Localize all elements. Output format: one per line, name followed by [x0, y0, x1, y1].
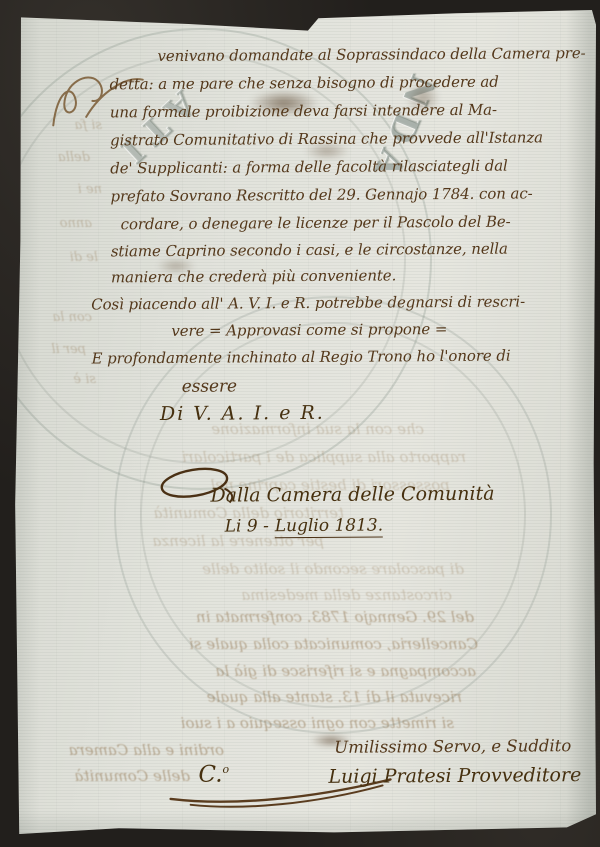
signature-prefix-main: C.: [198, 762, 222, 788]
date-underlined: Luglio 1813.: [275, 515, 383, 538]
signature-prefix: C.o: [198, 762, 229, 788]
signature-prefix-superscript: o: [222, 763, 229, 776]
body-line: Così piacendo all' A. V. I. e R. potrebb…: [91, 292, 525, 313]
body-line: una formale proibizione deva farsi inten…: [110, 101, 497, 122]
dateline-date: Li 9 -Luglio 1813.: [225, 515, 384, 536]
body-line: E profondamente inchinato al Regio Trono…: [91, 347, 510, 368]
body-line: maniera che crederà più conveniente.: [111, 266, 396, 286]
signature-humility-line: Umilissimo Servo, e Suddito: [334, 736, 571, 757]
body-line: prefato Sovrano Rescritto del 29. Gennaj…: [110, 184, 532, 205]
body-line: vere = Approvasi come si propone =: [171, 320, 447, 340]
dateline-place: Dalla Camera delle Comunità: [210, 483, 494, 507]
photo-background: ATI NDA si fa della ne i anno le di con …: [0, 0, 600, 847]
body-line: gistrato Comunitativo di Rassina che pro…: [110, 128, 543, 149]
body-line: venivano domandate al Soprassindaco dell…: [157, 44, 585, 65]
manuscript-page: ATI NDA si fa della ne i anno le di con …: [14, 10, 596, 834]
salutation: Di V. A. I. e R.: [160, 402, 325, 425]
date-prefix: Li 9 -: [225, 516, 269, 536]
body-line: stiame Caprino secondo i casi, e le circ…: [111, 240, 508, 261]
signature-name: Luigi Pratesi Provveditore: [328, 764, 581, 788]
body-line: cordare, o denegare le licenze per il Pa…: [121, 213, 511, 234]
body-line: detta: a me pare che senza bisogno di pr…: [110, 73, 499, 94]
body-line: essere: [182, 376, 237, 396]
body-line: de' Supplicanti: a forma delle facoltà r…: [110, 157, 508, 178]
handwriting-layer: venivano domandate al Soprassindaco dell…: [11, 8, 599, 836]
